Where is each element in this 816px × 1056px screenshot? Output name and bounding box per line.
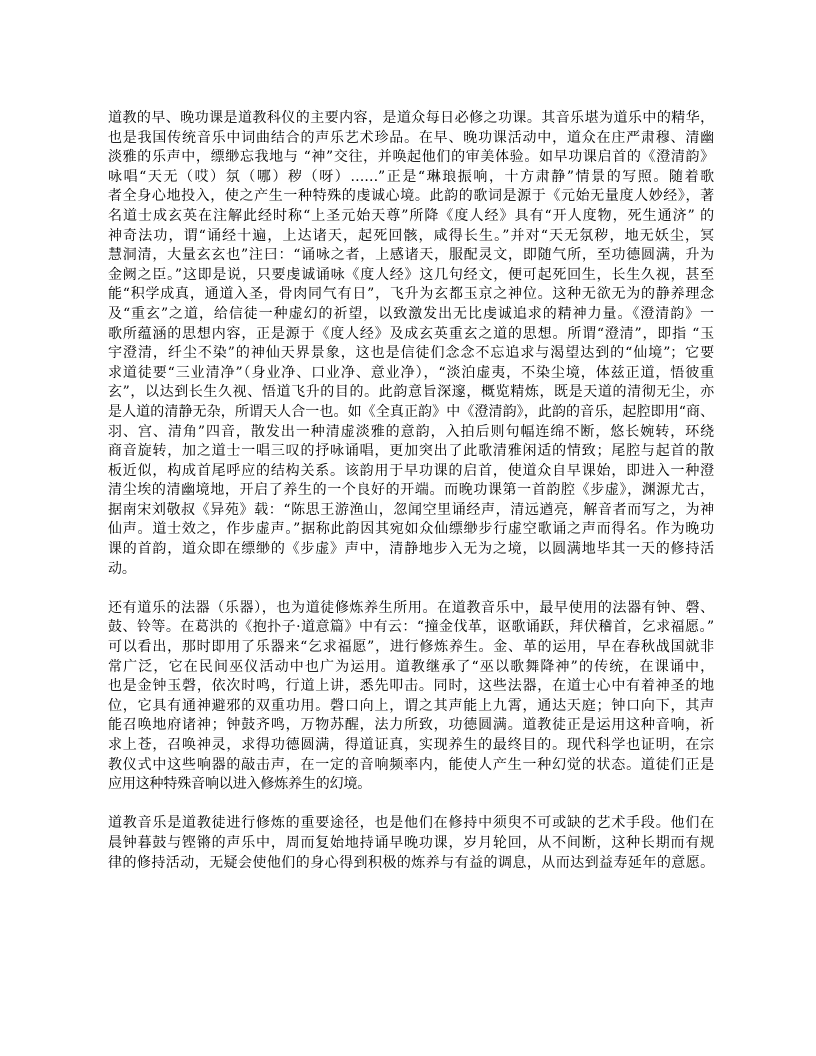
text-line: 慧洞清，大量玄玄也”注曰：“诵咏之者，上感诸天，服配灵文，即随气所，至功德圆满，… <box>108 246 714 266</box>
text-line: 宇澄清，纤尘不染”的神仙天界景象，这也是信徒们念念不忘追求与渴望达到的“仙境”；… <box>108 344 714 364</box>
text-line: 淡雅的乐声中，缥缈忘我地与 “神”交往，并唤起他们的审美体验。如早功课启首的《澄… <box>108 148 714 168</box>
text-line: 金阙之臣。”这即是说，只要虔诚诵咏《度人经》这几句经文，便可起死回生，长生久视，… <box>108 266 714 286</box>
text-line: 羽、宫、清角”四音，散发出一种清虚淡雅的意韵，入拍后则句幅连绵不断，悠长婉转，环… <box>108 423 714 443</box>
text-line: 应用这种特殊音响以进入修炼养生的幻境。 <box>108 775 714 795</box>
text-line: 位，它具有通神避邪的双重功用。磬口向上，谓之其声能上九霄，通达天庭；钟口向下，其… <box>108 697 714 717</box>
text-line: 道教的早、晚功课是道教科仪的主要内容，是道众每日必修之功课。其音乐堪为道乐中的精… <box>108 109 714 129</box>
document-page: 道教的早、晚功课是道教科仪的主要内容，是道众每日必修之功课。其音乐堪为道乐中的精… <box>108 109 714 893</box>
text-line: 据南宋刘敬叔《异苑》载：“陈思王游渔山，忽闻空里诵经声，清远遒亮，解音者而写之，… <box>108 501 714 521</box>
text-line: 还有道乐的法器（乐器），也为道徒修炼养生所用。在道教音乐中，最早使用的法器有钟、… <box>108 599 714 619</box>
text-line: 咏唱“天无（哎）氛（哪）秽（呀）……”正是“琳琅振响，十方肃静”情景的写照。随着… <box>108 168 714 188</box>
text-line: 玄”，以达到长生久视、悟道飞升的目的。此韵意旨深邃，概览精炼，既是天道的清彻无尘… <box>108 383 714 403</box>
text-line: 板近似，构成首尾呼应的结构关系。该韵用于早功课的启首，使道众自早课始，即进入一种… <box>108 462 714 482</box>
paragraph-morning-evening-rituals: 道教的早、晚功课是道教科仪的主要内容，是道众每日必修之功课。其音乐堪为道乐中的精… <box>108 109 714 579</box>
text-line: 也是金钟玉磬，依次时鸣，行道上讲，悉先叩击。同时，这些法器，在道士心中有着神圣的… <box>108 677 714 697</box>
text-line: 能“积学成真，通道入圣，骨肉同气有日”，飞升为玄都玉京之神位。这种无欲无为的静养… <box>108 285 714 305</box>
text-line: 商音旋转，加之道士一唱三叹的抒咏诵唱，更加突出了此歌清雅闲适的情致；尾腔与起首的… <box>108 442 714 462</box>
text-line: 歌所蕴涵的思想内容，正是源于《度人经》及成玄英重玄之道的思想。所谓“澄清”，即指… <box>108 325 714 345</box>
text-line: 可以看出，那时即用了乐器来“乞求福愿”，进行修炼养生。金、革的运用，早在春秋战国… <box>108 638 714 658</box>
paragraph-cultivation-conclusion: 道教音乐是道教徒进行修炼的重要途径，也是他们在修持中须臾不可或缺的艺术手段。他们… <box>108 814 714 873</box>
paragraph-ritual-instruments: 还有道乐的法器（乐器），也为道徒修炼养生所用。在道教音乐中，最早使用的法器有钟、… <box>108 599 714 795</box>
text-line: 清尘埃的清幽境地，开启了养生的一个良好的开端。而晚功课第一首韵腔《步虚》，渊源尤… <box>108 481 714 501</box>
text-line: 鼓、铃等。在葛洪的《抱扑子·道意篇》中有云：“撞金伐革，讴歌诵跃，拜伏稽首，乞求… <box>108 618 714 638</box>
text-line: 神奇法功，谓“诵经十遍，上达诸天，起死回骸，咸得长生。”并对“天无氛秽，地无妖尘… <box>108 227 714 247</box>
text-line: 及“重玄”之道，给信徒一种虚幻的祈望，以致激发出无比虔诚追求的精神力量。《澄清韵… <box>108 305 714 325</box>
text-line: 晨钟暮鼓与铿锵的声乐中，周而复始地持诵早晚功课，岁月轮回，从不间断，这种长期而有… <box>108 834 714 854</box>
text-line: 求上苍，召唤神灵，求得功德圆满，得道证真，实现养生的最终目的。现代科学也证明，在… <box>108 736 714 756</box>
text-line: 者全身心地投入，使之产生一种特殊的虔诚心境。此韵的歌词是源于《元始无量度人妙经》… <box>108 187 714 207</box>
text-line: 能召唤地府诸神；钟鼓齐鸣，万物苏醒，法力所致，功德圆满。道教徒正是运用这种音响，… <box>108 716 714 736</box>
text-line: 是人道的清静无杂，所谓天人合一也。如《全真正韵》中《澄清韵》，此韵的音乐，起腔即… <box>108 403 714 423</box>
text-line: 也是我国传统音乐中词曲结合的声乐艺术珍品。在早、晚功课活动中，道众在庄严肃穆、清… <box>108 129 714 149</box>
text-line: 动。 <box>108 560 714 580</box>
text-line: 常广泛，它在民间巫仪活动中也广为运用。道教继承了“巫以歌舞降神”的传统，在课诵中… <box>108 658 714 678</box>
text-line: 课的首韵，道众即在缥缈的《步虚》声中，清静地步入无为之境，以圆满地毕其一天的修持… <box>108 540 714 560</box>
text-line: 律的修持活动，无疑会使他们的身心得到积极的炼养与有益的调息，从而达到益寿延年的意… <box>108 854 714 874</box>
text-line: 名道士成玄英在注解此经时称“上圣元始天尊”所降《度人经》具有“开人度物，死生通济… <box>108 207 714 227</box>
text-line: 道教音乐是道教徒进行修炼的重要途径，也是他们在修持中须臾不可或缺的艺术手段。他们… <box>108 814 714 834</box>
text-line: 仙声。道士效之，作步虚声。”据称此韵因其宛如众仙缥缈步行虚空歌诵之声而得名。作为… <box>108 520 714 540</box>
text-line: 求道徒要“三业清净”（身业净、口业净、意业净），“淡泊虚夷，不染尘境，体兹正道，… <box>108 364 714 384</box>
text-line: 教仪式中这些响器的敲击声，在一定的音响频率内，能使人产生一种幻觉的状态。道徒们正… <box>108 756 714 776</box>
